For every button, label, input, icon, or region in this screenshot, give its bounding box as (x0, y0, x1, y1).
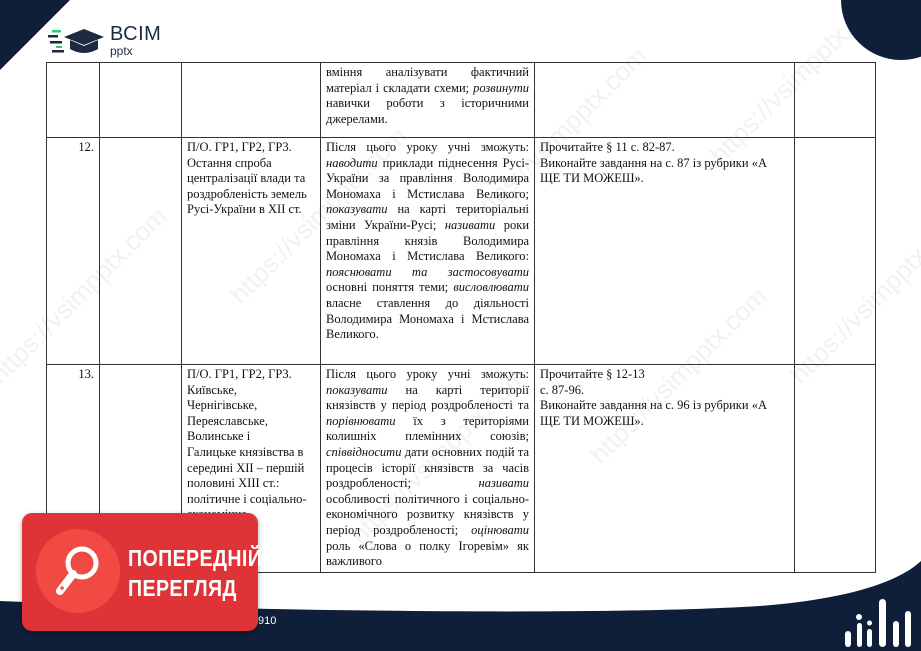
page-number: 910 (258, 615, 276, 627)
lesson-topic (182, 63, 321, 138)
logo-subtitle: pptx (110, 45, 161, 57)
lesson-number: 12. (47, 138, 100, 365)
outcome-verb: показувати (326, 383, 388, 397)
outcome-text: власне ставлення до діяльності Володимир… (326, 296, 529, 341)
graduation-cap-icon (48, 27, 106, 55)
outcome-verb: співвідносити (326, 445, 401, 459)
site-logo[interactable]: ВСІМ pptx (48, 24, 161, 57)
learning-outcomes: вміння аналізувати фактичний матеріал і … (321, 63, 535, 138)
homework-line: Виконайте завдання на с. 87 із рубрики «… (540, 156, 789, 187)
homework-line: Прочитайте § 12-13 (540, 367, 789, 383)
learning-outcomes: Після цього уроку учні зможуть: наводити… (321, 138, 535, 365)
homework-line: с. 87-96. (540, 383, 789, 399)
bars-decoration-icon (841, 591, 913, 647)
homework (535, 63, 795, 138)
corner-decoration (841, 0, 921, 60)
outcome-verb: пояснювати та застосовувати (326, 265, 529, 279)
magnifier-icon (36, 529, 120, 613)
outcome-text: Після цього уроку учні зможуть: (326, 140, 529, 154)
topic-line: Остання спроба централізації влади та ро… (187, 156, 315, 218)
date-cell (100, 63, 182, 138)
homework-line: Прочитайте § 11 с. 82-87. (540, 140, 789, 156)
topic-line: Чернігівське, (187, 398, 315, 414)
outcome-text: навички роботи з історичними джерелами. (326, 96, 529, 126)
homework: Прочитайте § 11 с. 82-87.Виконайте завда… (535, 138, 795, 365)
topic-line: Волинське і (187, 429, 315, 445)
lesson-plan-table: вміння аналізувати фактичний матеріал і … (46, 62, 876, 573)
outcome-verb: розвинути (473, 81, 529, 95)
learning-outcomes: Після цього уроку учні зможуть: показува… (321, 365, 535, 573)
outcome-verb: висловлювати (453, 280, 529, 294)
outcome-text: основні поняття теми; (326, 280, 453, 294)
lesson-topic: П/О. ГР1, ГР2, ГР3.Остання спроба центра… (182, 138, 321, 365)
topic-line: П/О. ГР1, ГР2, ГР3. (187, 140, 315, 156)
date-cell (100, 138, 182, 365)
outcome-text: Після цього уроку учні зможуть: (326, 367, 529, 381)
topic-line: Київське, (187, 383, 315, 399)
outcome-verb: оцінювати (471, 523, 529, 537)
preview-label-line1: ПОПЕРЕДНІЙ (128, 543, 262, 573)
table-row: 12.П/О. ГР1, ГР2, ГР3.Остання спроба цен… (47, 138, 876, 365)
outcome-verb: називати (479, 476, 529, 490)
homework-line: Виконайте завдання на с. 96 із рубрики «… (540, 398, 789, 429)
notes-cell (795, 138, 876, 365)
topic-line: Переяславське, (187, 414, 315, 430)
preview-badge[interactable]: ПОПЕРЕДНІЙ ПЕРЕГЛЯД (22, 513, 258, 631)
outcome-verb: порівнювати (326, 414, 396, 428)
notes-cell (795, 63, 876, 138)
lesson-number (47, 63, 100, 138)
preview-label-line2: ПЕРЕГЛЯД (128, 573, 262, 603)
outcome-verb: наводити (326, 156, 378, 170)
notes-cell (795, 365, 876, 573)
topic-line: Галицьке князівства в середині XII – пер… (187, 445, 315, 523)
topic-line: П/О. ГР1, ГР2, ГР3. (187, 367, 315, 383)
logo-title: ВСІМ (110, 24, 161, 44)
homework: Прочитайте § 12-13с. 87-96.Виконайте зав… (535, 365, 795, 573)
outcome-verb: показувати (326, 202, 388, 216)
table-row: вміння аналізувати фактичний матеріал і … (47, 63, 876, 138)
outcome-verb: називати (445, 218, 495, 232)
